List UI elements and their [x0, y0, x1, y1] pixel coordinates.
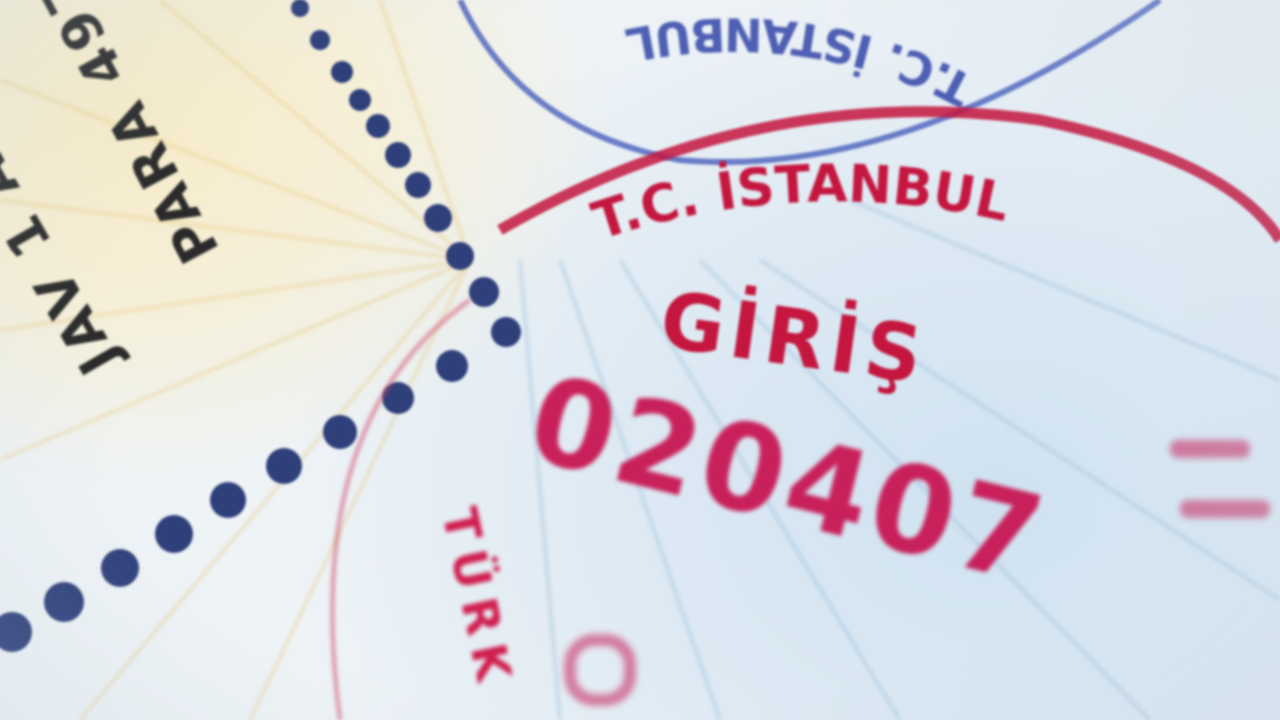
svg-text:T.C. İSTANBUL: T.C. İSTANBUL [621, 7, 981, 117]
red-stamp-side-text: TÜRK [430, 503, 524, 697]
blue-stamp-arc-text: T.C. İSTANBUL [621, 7, 981, 117]
passport-stamp-photo: T.C. İSTANBUL T.C. İSTANBUL GİRİŞ 020407… [0, 0, 1280, 720]
svg-text:T.C. İSTANBUL: T.C. İSTANBUL [585, 154, 1014, 252]
red-stamp-label: GİRİŞ [655, 274, 934, 402]
red-entry-stamp: T.C. İSTANBUL GİRİŞ 020407 TÜRK [332, 112, 1280, 720]
passport-print: JAV 1 A 2004 PARA 497 [0, 0, 231, 388]
red-stamp-arc-text: T.C. İSTANBUL [585, 154, 1014, 252]
red-stamp-date: 020407 [516, 350, 1059, 612]
blue-entry-stamp: T.C. İSTANBUL [460, 0, 1160, 162]
stamp-illustration: T.C. İSTANBUL T.C. İSTANBUL GİRİŞ 020407… [0, 0, 1280, 720]
